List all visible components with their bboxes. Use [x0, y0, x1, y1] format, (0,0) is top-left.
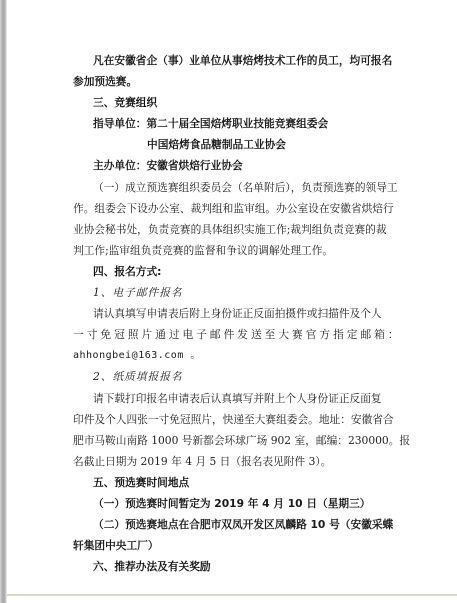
- para-intro-line-1: 凡在安徽省企（事）业单位从事焙烤技术工作的员工，均可报名: [73, 50, 433, 71]
- heading-competition-organization: 三、竞赛组织: [73, 92, 433, 113]
- heading-registration-method: 四、报名方式:: [73, 261, 433, 282]
- subheading-email-registration: 1、电子邮件报名: [73, 282, 433, 303]
- page-bottom-edge: [7, 594, 457, 596]
- line-guiding-unit: 指导单位：第二十届全国焙烤职业技能竞赛组委会: [73, 113, 433, 134]
- para-paper-registration-line-3: 肥市马鞍山南路 1000 号新都会环球广场 902 室，邮编：230000。报: [73, 430, 433, 451]
- para-organization-line-4: 判工作;监审组负责竞赛的监督和争议的调解处理工作。: [73, 240, 433, 261]
- para-paper-registration-line-2: 印件及个人四张一寸免冠照片，快递至大赛组委会。地址：安徽省合: [73, 409, 433, 430]
- para-email-registration-line-1: 请认真填写申请表后附上身份证正反面拍摄件或扫描件及个人: [73, 303, 433, 324]
- para-email-registration-line-2: 一寸免冠照片通过电子邮件发送至大赛官方指定邮箱：: [73, 324, 433, 345]
- line-guiding-unit-continuation: 中国焙烤食品糖制品工业协会: [73, 134, 433, 155]
- line-host-unit: 主办单位：安徽省烘焙行业协会: [73, 155, 433, 176]
- document-body: 凡在安徽省企（事）业单位从事焙烤技术工作的员工，均可报名 参加预选赛。 三、竞赛…: [73, 50, 433, 577]
- para-organization-line-2: 作。组委会下设办公室、裁判组和监审组。办公室设在安徽省烘焙行: [73, 198, 433, 219]
- para-intro-line-2: 参加预选赛。: [73, 71, 433, 92]
- para-organization-line-1: （一）成立预选赛组织委员会（名单附后），负责预选赛的领导工: [73, 177, 433, 198]
- heading-recommendation-rewards: 六、推荐办法及有关奖励: [73, 556, 433, 577]
- para-organization-line-3: 业协会秘书处，负责竞赛的具体组织实施工作;裁判组负责竞赛的裁: [73, 219, 433, 240]
- line-email-address: ahhongbei@163.com 。: [73, 345, 433, 366]
- line-preliminary-place-1: （二）预选赛地点在合肥市双凤开发区凤麟路 10 号（安徽采蝶: [73, 514, 433, 535]
- page-left-edge: [0, 0, 7, 603]
- heading-preliminary-time-place: 五、预选赛时间地点: [73, 472, 433, 493]
- para-paper-registration-line-4: 名截止日期为 2019 年 4 月 5 日（报名表见附件 3）。: [73, 451, 433, 472]
- subheading-paper-registration: 2、纸质填报报名: [73, 366, 433, 387]
- line-preliminary-place-2: 轩集团中央工厂）: [73, 535, 433, 556]
- line-preliminary-time: （一）预选赛时间暂定为 2019 年 4 月 10 日（星期三）: [73, 493, 433, 514]
- document-page: { "page": { "background": "#ffffff", "le…: [0, 0, 457, 603]
- para-paper-registration-line-1: 请下载打印报名申请表后认真填写并附上个人身份证正反面复: [73, 388, 433, 409]
